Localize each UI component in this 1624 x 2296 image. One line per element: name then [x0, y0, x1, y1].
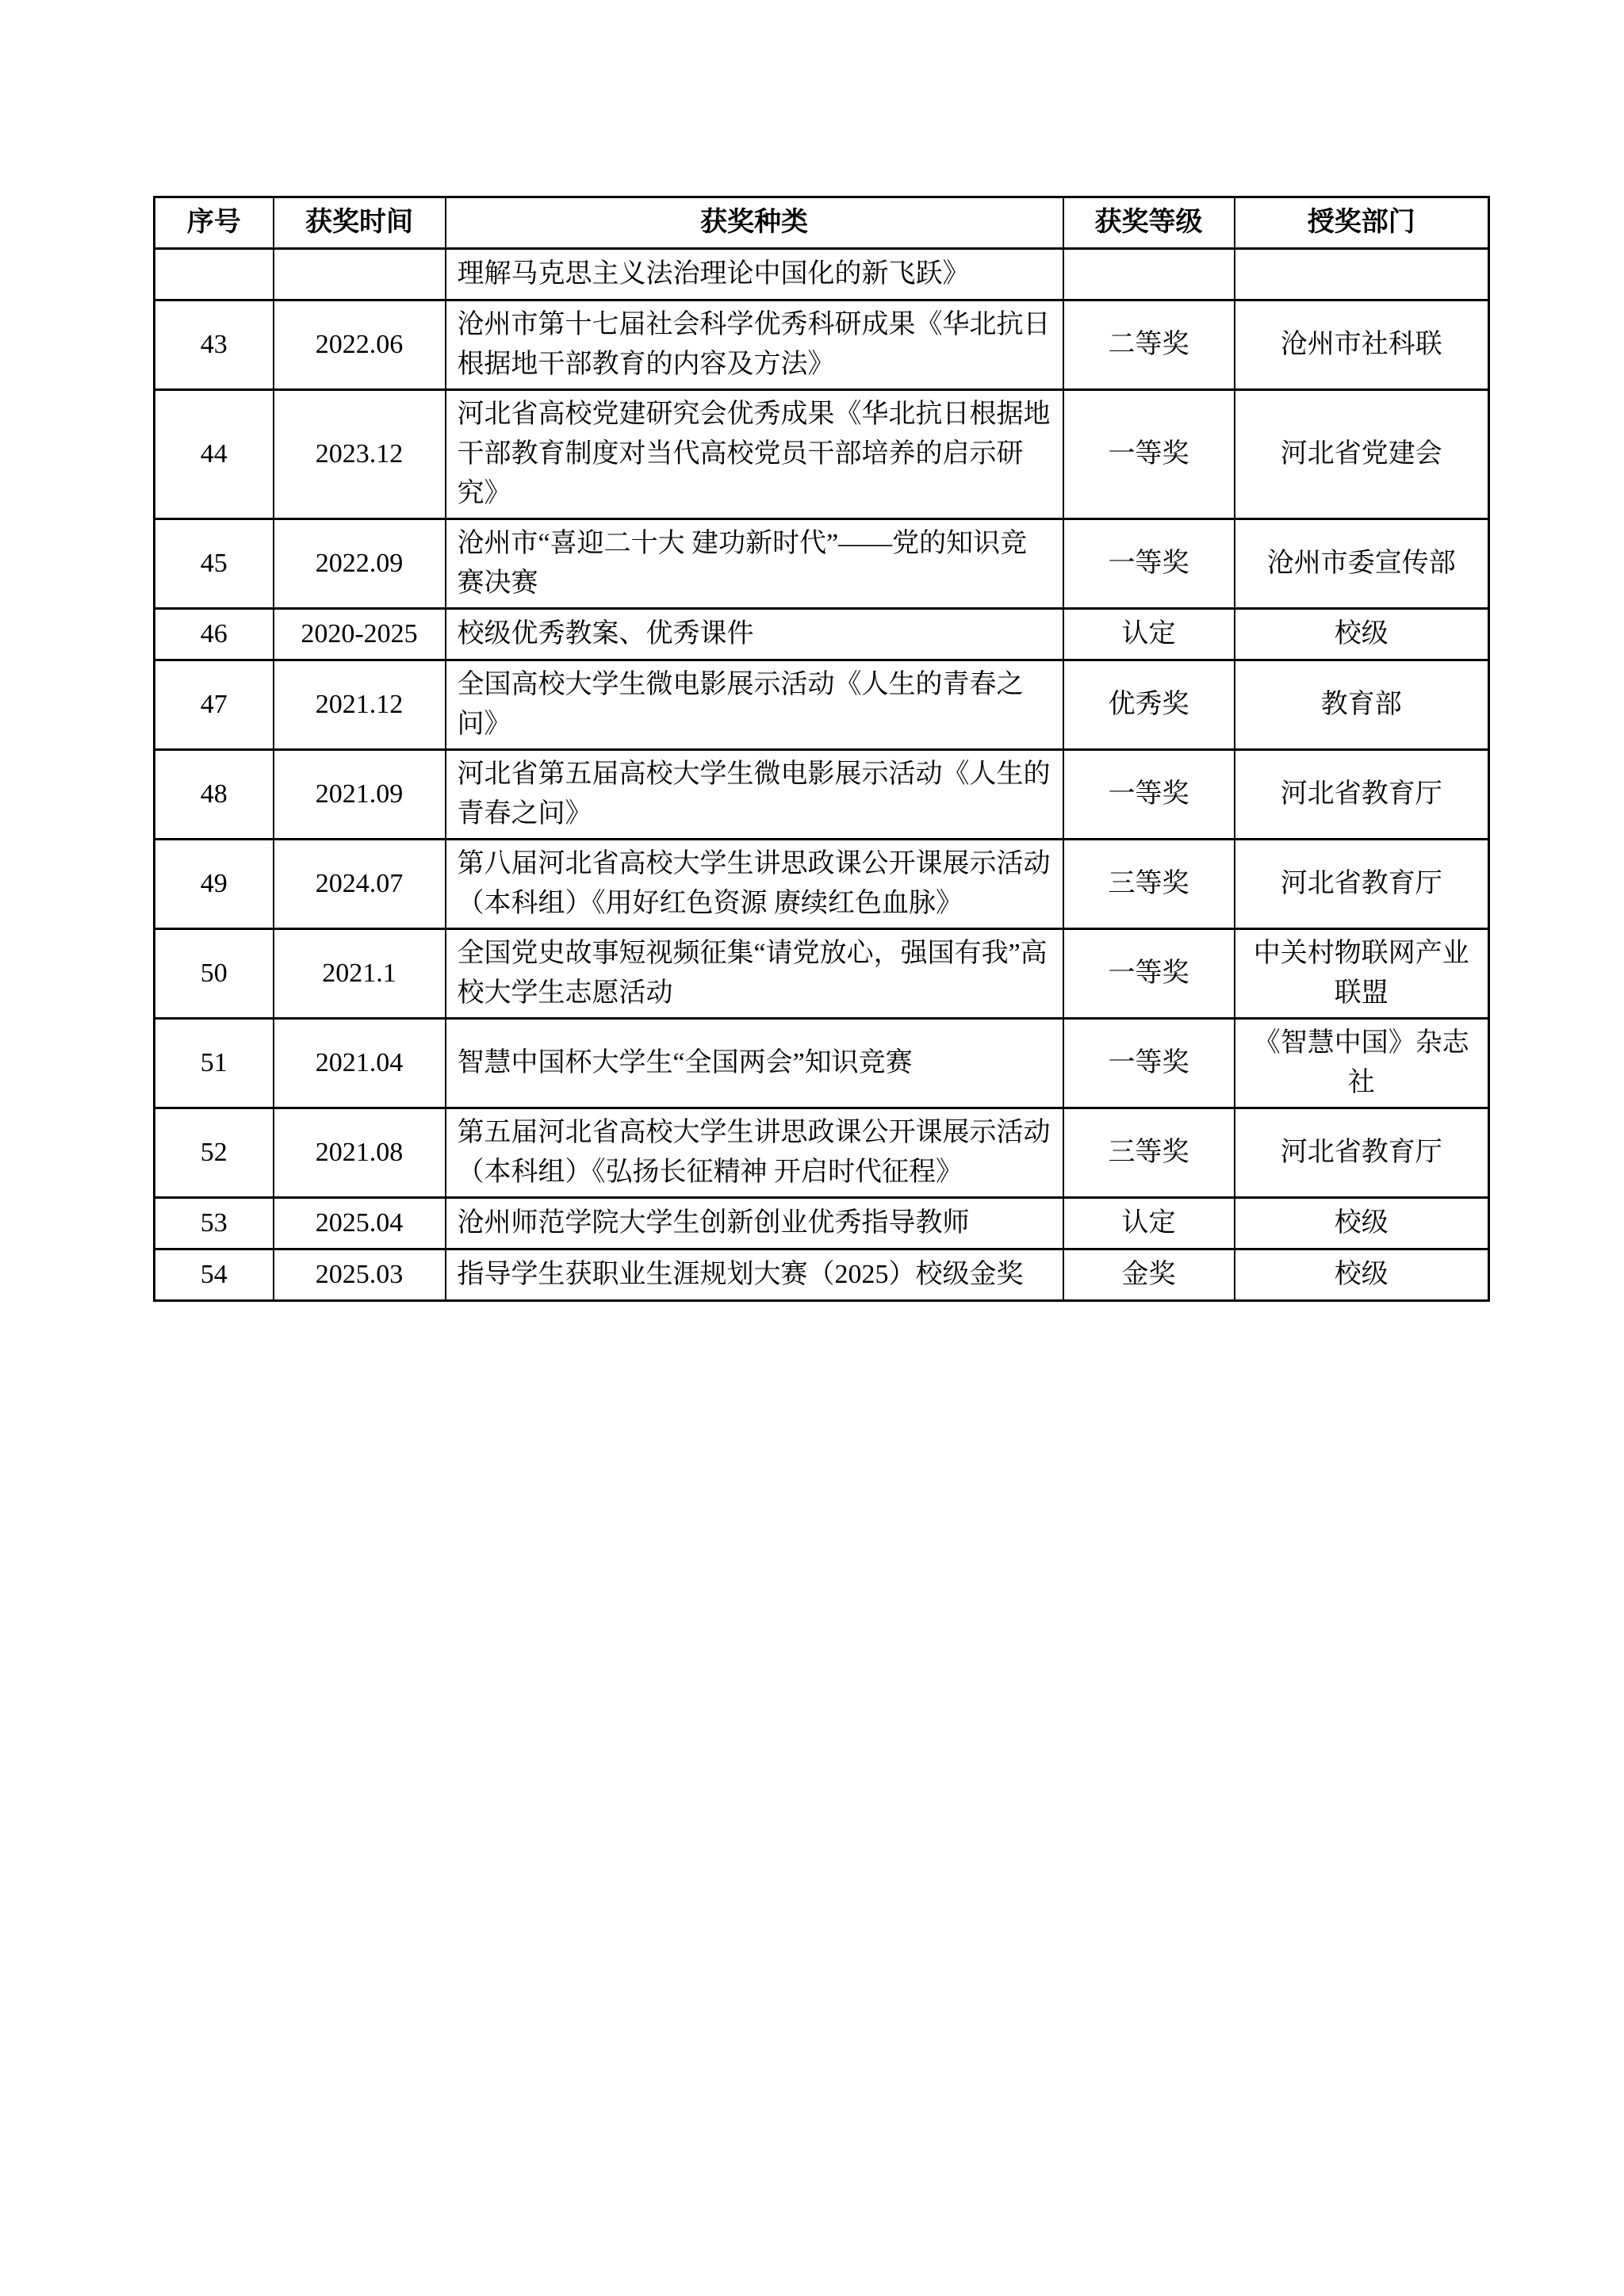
cell-award-dept: 中关村物联网产业联盟	[1235, 929, 1489, 1019]
cell-award-time: 2020-2025	[274, 609, 446, 660]
cell-index: 45	[155, 519, 274, 609]
cell-award-type: 第八届河北省高校大学生讲思政课公开课展示活动（本科组）《用好红色资源 赓续红色血…	[446, 840, 1063, 929]
table-row: 532025.04沧州师范学院大学生创新创业优秀指导教师认定校级	[155, 1198, 1489, 1249]
cell-award-time: 2022.06	[274, 300, 446, 390]
cell-award-type: 沧州市第十七届社会科学优秀科研成果《华北抗日根据地干部教育的内容及方法》	[446, 300, 1063, 390]
table-row: 502021.1全国党史故事短视频征集“请党放心，强国有我”高校大学生志愿活动一…	[155, 929, 1489, 1019]
header-award-level: 获奖等级	[1063, 197, 1235, 249]
cell-award-dept: 河北省党建会	[1235, 390, 1489, 519]
cell-award-type: 河北省高校党建研究会优秀成果《华北抗日根据地干部教育制度对当代高校党员干部培养的…	[446, 390, 1063, 519]
table-row: 432022.06沧州市第十七届社会科学优秀科研成果《华北抗日根据地干部教育的内…	[155, 300, 1489, 390]
cell-index: 54	[155, 1249, 274, 1301]
awards-table-body: 理解马克思主义法治理论中国化的新飞跃》432022.06沧州市第十七届社会科学优…	[155, 249, 1489, 1301]
cell-index: 53	[155, 1198, 274, 1249]
cell-award-time: 2021.04	[274, 1019, 446, 1108]
table-row: 理解马克思主义法治理论中国化的新飞跃》	[155, 249, 1489, 300]
cell-award-time: 2025.03	[274, 1249, 446, 1301]
cell-award-dept: 河北省教育厅	[1235, 840, 1489, 929]
cell-award-type: 智慧中国杯大学生“全国两会”知识竞赛	[446, 1019, 1063, 1108]
table-row: 442023.12河北省高校党建研究会优秀成果《华北抗日根据地干部教育制度对当代…	[155, 390, 1489, 519]
cell-award-dept: 沧州市委宣传部	[1235, 519, 1489, 609]
cell-award-dept: 河北省教育厅	[1235, 750, 1489, 840]
cell-award-dept: 校级	[1235, 1198, 1489, 1249]
header-row: 序号 获奖时间 获奖种类 获奖等级 授奖部门	[155, 197, 1489, 249]
cell-award-level: 一等奖	[1063, 1019, 1235, 1108]
cell-award-type: 理解马克思主义法治理论中国化的新飞跃》	[446, 249, 1063, 300]
cell-award-level: 一等奖	[1063, 750, 1235, 840]
cell-index	[155, 249, 274, 300]
cell-award-dept: 河北省教育厅	[1235, 1108, 1489, 1198]
cell-award-dept: 教育部	[1235, 660, 1489, 750]
cell-award-time: 2021.12	[274, 660, 446, 750]
cell-award-level: 二等奖	[1063, 300, 1235, 390]
table-row: 492024.07第八届河北省高校大学生讲思政课公开课展示活动（本科组）《用好红…	[155, 840, 1489, 929]
cell-index: 51	[155, 1019, 274, 1108]
table-row: 512021.04智慧中国杯大学生“全国两会”知识竞赛一等奖《智慧中国》杂志社	[155, 1019, 1489, 1108]
cell-award-dept: 沧州市社科联	[1235, 300, 1489, 390]
cell-award-type: 全国高校大学生微电影展示活动《人生的青春之问》	[446, 660, 1063, 750]
cell-award-time: 2022.09	[274, 519, 446, 609]
cell-award-level: 一等奖	[1063, 929, 1235, 1019]
cell-award-dept: 《智慧中国》杂志社	[1235, 1019, 1489, 1108]
cell-award-time: 2025.04	[274, 1198, 446, 1249]
cell-award-time: 2021.09	[274, 750, 446, 840]
header-award-type: 获奖种类	[446, 197, 1063, 249]
cell-award-type: 沧州师范学院大学生创新创业优秀指导教师	[446, 1198, 1063, 1249]
table-row: 542025.03指导学生获职业生涯规划大赛（2025）校级金奖金奖校级	[155, 1249, 1489, 1301]
cell-award-type: 第五届河北省高校大学生讲思政课公开课展示活动（本科组）《弘扬长征精神 开启时代征…	[446, 1108, 1063, 1198]
cell-award-time: 2023.12	[274, 390, 446, 519]
cell-award-time: 2021.08	[274, 1108, 446, 1198]
awards-table: 序号 获奖时间 获奖种类 获奖等级 授奖部门 理解马克思主义法治理论中国化的新飞…	[153, 196, 1490, 1302]
cell-award-dept: 校级	[1235, 609, 1489, 660]
cell-award-level	[1063, 249, 1235, 300]
cell-award-type: 指导学生获职业生涯规划大赛（2025）校级金奖	[446, 1249, 1063, 1301]
cell-award-type: 全国党史故事短视频征集“请党放心，强国有我”高校大学生志愿活动	[446, 929, 1063, 1019]
cell-award-level: 三等奖	[1063, 840, 1235, 929]
cell-award-time: 2021.1	[274, 929, 446, 1019]
cell-award-level: 一等奖	[1063, 519, 1235, 609]
table-row: 462020-2025校级优秀教案、优秀课件认定校级	[155, 609, 1489, 660]
table-row: 452022.09沧州市“喜迎二十大 建功新时代”——党的知识竞赛决赛一等奖沧州…	[155, 519, 1489, 609]
table-row: 482021.09河北省第五届高校大学生微电影展示活动《人生的青春之问》一等奖河…	[155, 750, 1489, 840]
header-award-time: 获奖时间	[274, 197, 446, 249]
cell-award-time: 2024.07	[274, 840, 446, 929]
document-page: 序号 获奖时间 获奖种类 获奖等级 授奖部门 理解马克思主义法治理论中国化的新飞…	[0, 0, 1624, 2296]
cell-award-type: 校级优秀教案、优秀课件	[446, 609, 1063, 660]
cell-award-level: 优秀奖	[1063, 660, 1235, 750]
cell-award-type: 河北省第五届高校大学生微电影展示活动《人生的青春之问》	[446, 750, 1063, 840]
cell-award-level: 金奖	[1063, 1249, 1235, 1301]
header-award-dept: 授奖部门	[1235, 197, 1489, 249]
cell-award-level: 三等奖	[1063, 1108, 1235, 1198]
cell-award-level: 一等奖	[1063, 390, 1235, 519]
table-row: 472021.12全国高校大学生微电影展示活动《人生的青春之问》优秀奖教育部	[155, 660, 1489, 750]
cell-award-type: 沧州市“喜迎二十大 建功新时代”——党的知识竞赛决赛	[446, 519, 1063, 609]
header-index: 序号	[155, 197, 274, 249]
cell-index: 48	[155, 750, 274, 840]
cell-award-dept: 校级	[1235, 1249, 1489, 1301]
table-row: 522021.08第五届河北省高校大学生讲思政课公开课展示活动（本科组）《弘扬长…	[155, 1108, 1489, 1198]
cell-index: 52	[155, 1108, 274, 1198]
cell-index: 47	[155, 660, 274, 750]
cell-award-level: 认定	[1063, 1198, 1235, 1249]
cell-award-level: 认定	[1063, 609, 1235, 660]
cell-index: 43	[155, 300, 274, 390]
cell-award-dept	[1235, 249, 1489, 300]
cell-index: 49	[155, 840, 274, 929]
cell-award-time	[274, 249, 446, 300]
cell-index: 50	[155, 929, 274, 1019]
cell-index: 44	[155, 390, 274, 519]
cell-index: 46	[155, 609, 274, 660]
